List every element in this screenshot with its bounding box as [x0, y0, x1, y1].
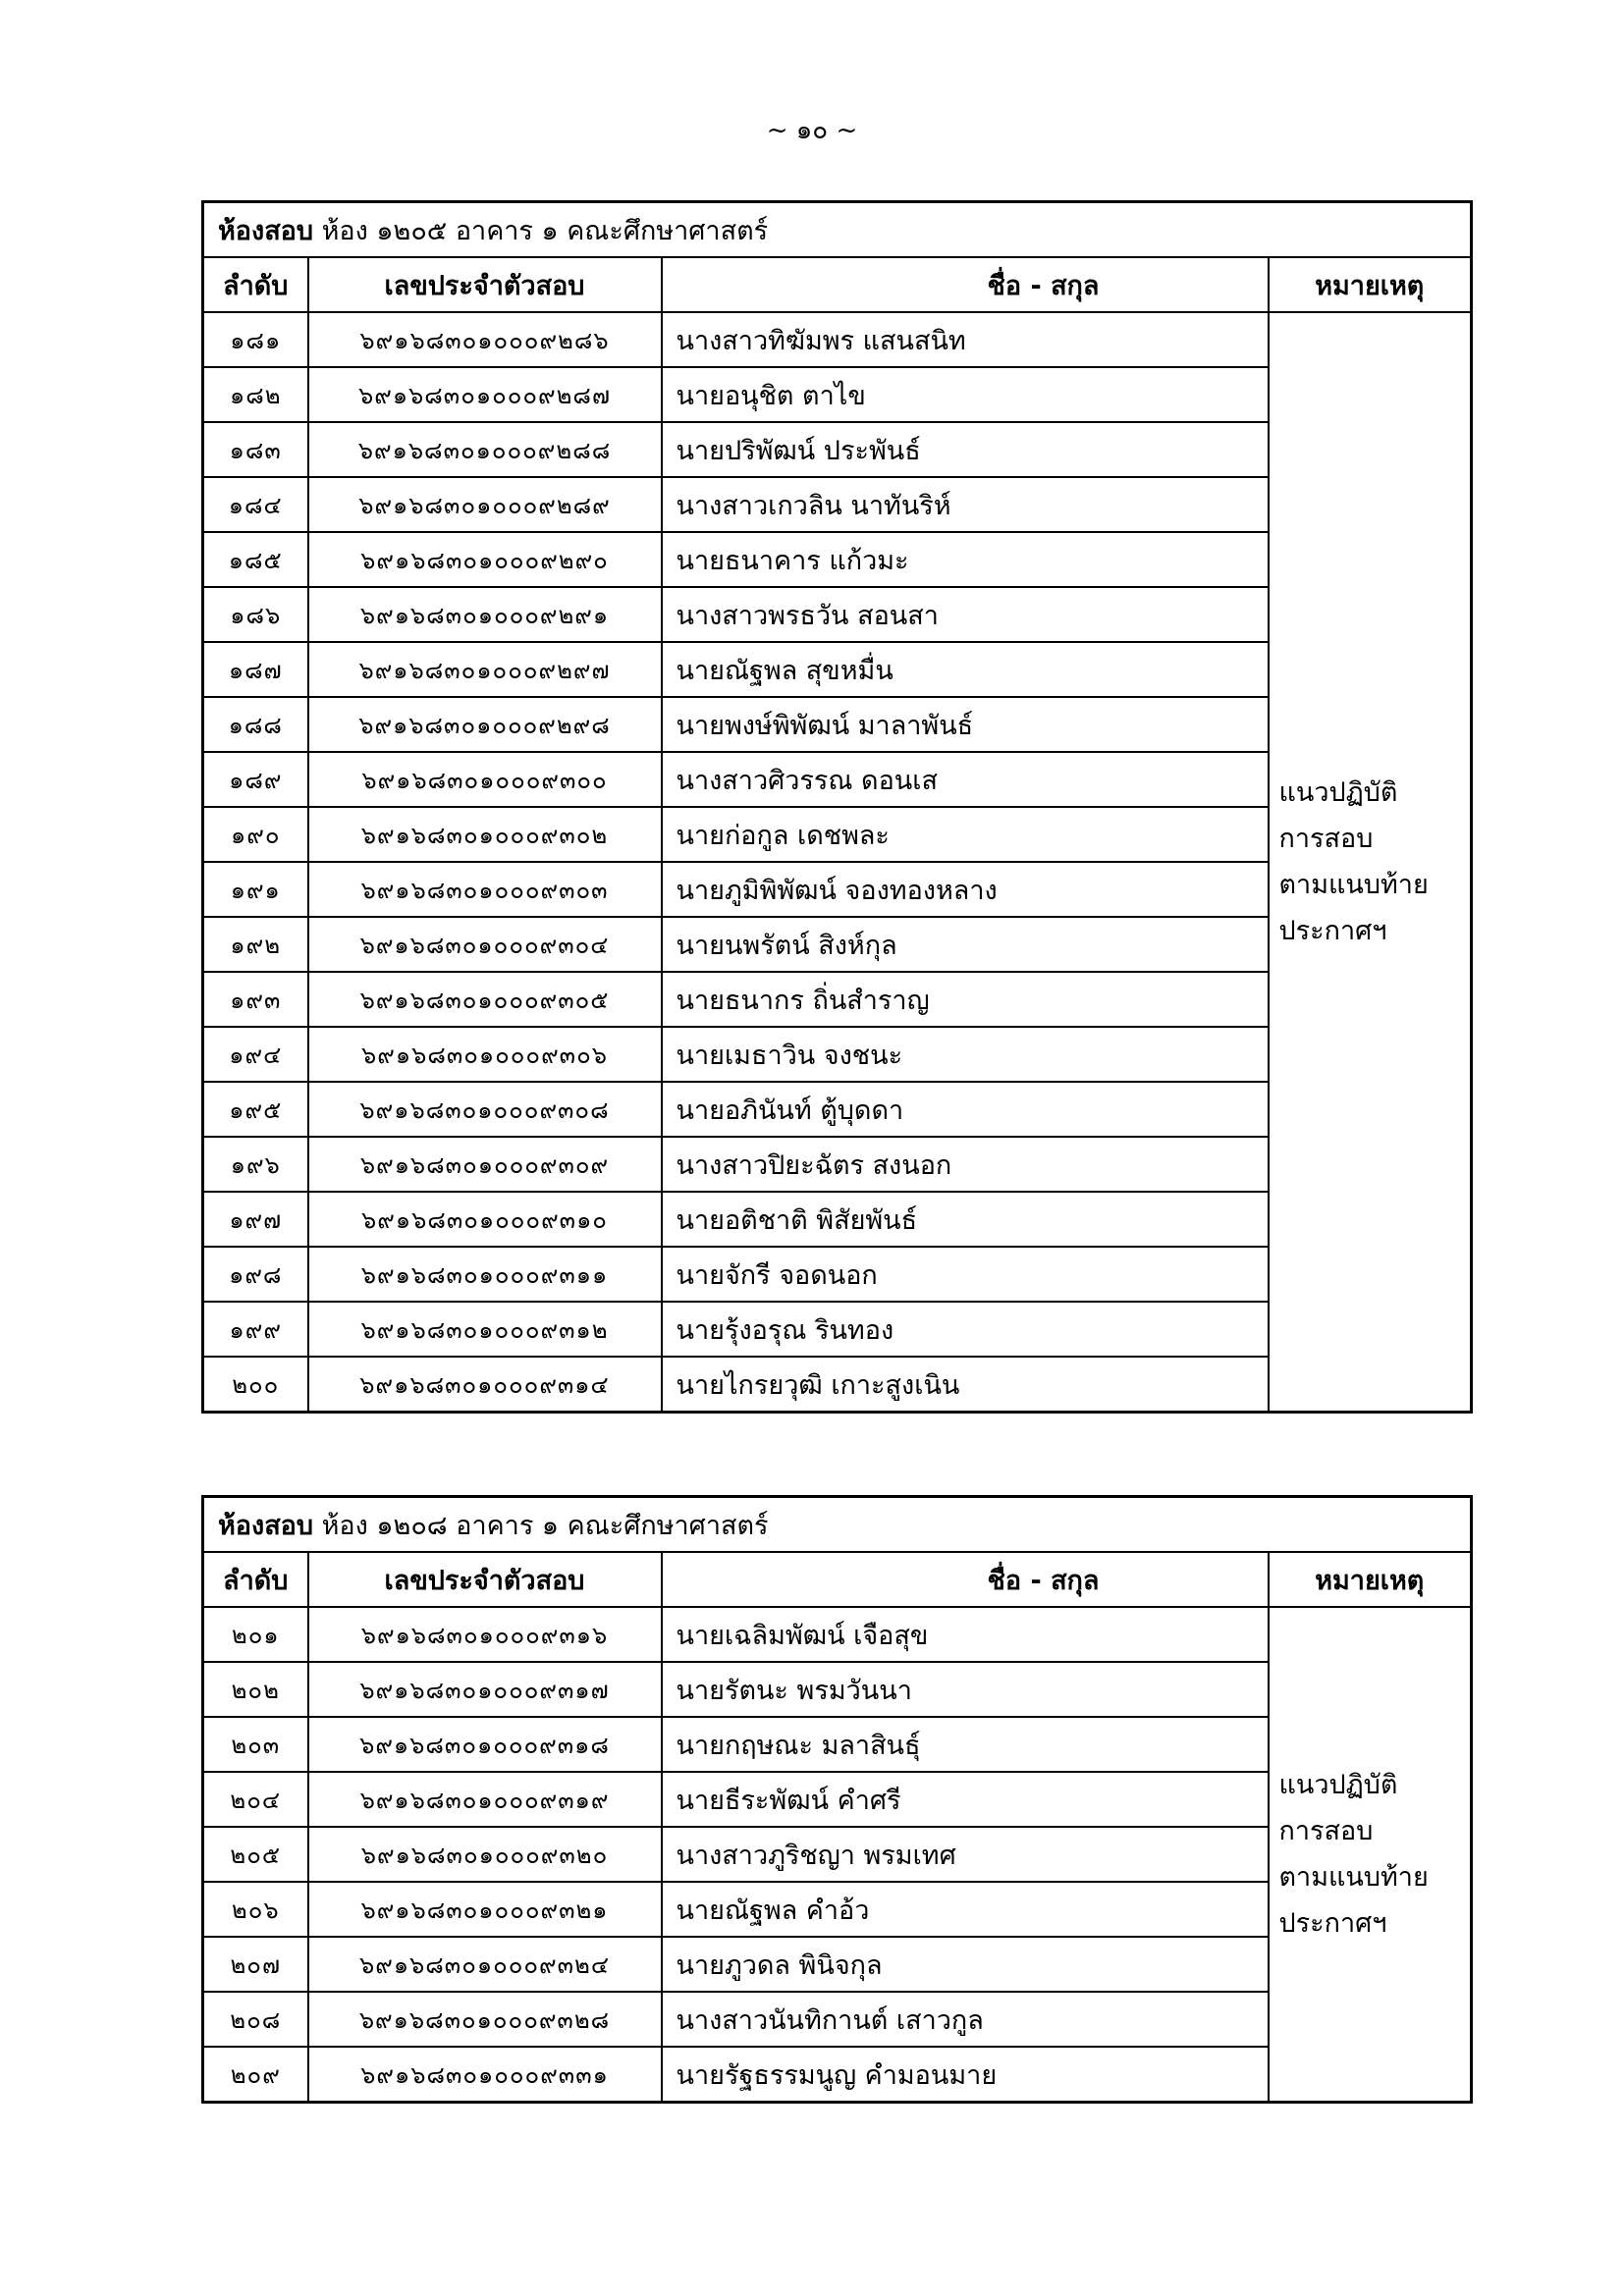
- exam-room-table-1208: ห้องสอบ ห้อง ๑๒๐๘ อาคาร ๑ คณะศึกษาศาสตร์…: [201, 1495, 1473, 2104]
- table-row: ๑๘๑๖๙๑๖๘๓๐๑๐๐๐๙๒๘๖นางสาวทิฆัมพร แสนสนิทแ…: [203, 312, 1472, 367]
- page-number: ~ ๑๐ ~: [0, 110, 1624, 150]
- exam-room-table-1205: ห้องสอบ ห้อง ๑๒๐๕ อาคาร ๑ คณะศึกษาศาสตร์…: [201, 200, 1473, 1414]
- header-remark: หมายเหตุ: [1269, 257, 1472, 312]
- row-name: นายรัตนะ พรมวันนา: [662, 1662, 1269, 1717]
- row-name: นายก่อกูล เดชพละ: [662, 807, 1269, 862]
- row-seq: ๑๙๓: [203, 972, 308, 1027]
- row-exam-id: ๖๙๑๖๘๓๐๑๐๐๐๙๓๑๔: [308, 1357, 662, 1413]
- row-exam-id: ๖๙๑๖๘๓๐๑๐๐๐๙๓๑๒: [308, 1302, 662, 1357]
- row-name: นายกฤษณะ มลาสินธุ์: [662, 1717, 1269, 1772]
- row-exam-id: ๖๙๑๖๘๓๐๑๐๐๐๙๓๐๖: [308, 1027, 662, 1082]
- row-name: นายไกรยวุฒิ เกาะสูงเนิน: [662, 1357, 1269, 1413]
- row-seq: ๑๙๔: [203, 1027, 308, 1082]
- row-exam-id: ๖๙๑๖๘๓๐๑๐๐๐๙๓๐๔: [308, 917, 662, 972]
- row-seq: ๑๘๓: [203, 422, 308, 477]
- row-exam-id: ๖๙๑๖๘๓๐๑๐๐๐๙๓๒๔: [308, 1937, 662, 1992]
- row-name: นางสาวเกวลิน นาทันริห์: [662, 477, 1269, 532]
- room-title-label: ห้องสอบ: [218, 216, 313, 246]
- row-exam-id: ๖๙๑๖๘๓๐๑๐๐๐๙๓๒๘: [308, 1992, 662, 2047]
- room-title-text: ห้อง ๑๒๐๘ อาคาร ๑ คณะศึกษาศาสตร์: [313, 1511, 768, 1541]
- row-name: นายนพรัตน์ สิงห์กุล: [662, 917, 1269, 972]
- row-name: นายอติชาติ พิสัยพันธ์: [662, 1192, 1269, 1247]
- remark-line: การสอบ: [1279, 816, 1461, 862]
- row-exam-id: ๖๙๑๖๘๓๐๑๐๐๐๙๒๙๑: [308, 587, 662, 642]
- row-seq: ๑๘๖: [203, 587, 308, 642]
- header-seq: ลำดับ: [203, 1552, 308, 1607]
- row-seq: ๑๙๕: [203, 1082, 308, 1137]
- row-name: นางสาวปิยะฉัตร สงนอก: [662, 1137, 1269, 1192]
- row-exam-id: ๖๙๑๖๘๓๐๑๐๐๐๙๓๑๗: [308, 1662, 662, 1717]
- row-exam-id: ๖๙๑๖๘๓๐๑๐๐๐๙๓๐๕: [308, 972, 662, 1027]
- header-remark: หมายเหตุ: [1269, 1552, 1472, 1607]
- row-seq: ๒๐๕: [203, 1827, 308, 1882]
- row-exam-id: ๖๙๑๖๘๓๐๑๐๐๐๙๒๙๗: [308, 642, 662, 697]
- row-name: นายเมธาวิน จงชนะ: [662, 1027, 1269, 1082]
- row-seq: ๑๙๒: [203, 917, 308, 972]
- row-seq: ๑๙๖: [203, 1137, 308, 1192]
- row-name: นางสาวภูริชญา พรมเทศ: [662, 1827, 1269, 1882]
- header-seq: ลำดับ: [203, 257, 308, 312]
- row-exam-id: ๖๙๑๖๘๓๐๑๐๐๐๙๓๐๐: [308, 752, 662, 807]
- row-seq: ๑๙๗: [203, 1192, 308, 1247]
- row-exam-id: ๖๙๑๖๘๓๐๑๐๐๐๙๓๑๑: [308, 1247, 662, 1302]
- row-seq: ๑๘๘: [203, 697, 308, 752]
- remark-line: ประกาศฯ: [1279, 1900, 1461, 1947]
- row-name: นางสาวพรธวัน สอนสา: [662, 587, 1269, 642]
- remark-cell: แนวปฏิบัติการสอบตามแนบท้ายประกาศฯ: [1269, 1607, 1472, 2103]
- row-name: นายรุ้งอรุณ รินทอง: [662, 1302, 1269, 1357]
- remark-line: ประกาศฯ: [1279, 908, 1461, 954]
- row-exam-id: ๖๙๑๖๘๓๐๑๐๐๐๙๓๓๑: [308, 2047, 662, 2103]
- row-seq: ๒๐๐: [203, 1357, 308, 1413]
- row-exam-id: ๖๙๑๖๘๓๐๑๐๐๐๙๒๙๘: [308, 697, 662, 752]
- row-seq: ๑๘๙: [203, 752, 308, 807]
- row-exam-id: ๖๙๑๖๘๓๐๑๐๐๐๙๓๐๒: [308, 807, 662, 862]
- row-seq: ๑๘๔: [203, 477, 308, 532]
- row-seq: ๑๙๙: [203, 1302, 308, 1357]
- row-seq: ๑๘๕: [203, 532, 308, 587]
- room-title-label: ห้องสอบ: [218, 1511, 313, 1541]
- row-exam-id: ๖๙๑๖๘๓๐๑๐๐๐๙๒๙๐: [308, 532, 662, 587]
- row-seq: ๑๙๑: [203, 862, 308, 917]
- row-name: นายภูวดล พินิจกุล: [662, 1937, 1269, 1992]
- row-name: นายพงษ์พิพัฒน์ มาลาพันธ์: [662, 697, 1269, 752]
- row-seq: ๑๘๗: [203, 642, 308, 697]
- row-seq: ๒๐๔: [203, 1772, 308, 1827]
- row-name: นางสาวศิวรรณ ดอนเส: [662, 752, 1269, 807]
- row-exam-id: ๖๙๑๖๘๓๐๑๐๐๐๙๓๐๘: [308, 1082, 662, 1137]
- row-exam-id: ๖๙๑๖๘๓๐๑๐๐๐๙๒๘๘: [308, 422, 662, 477]
- table-row: ๒๐๑๖๙๑๖๘๓๐๑๐๐๐๙๓๑๖นายเฉลิมพัฒน์ เจือสุขแ…: [203, 1607, 1472, 1662]
- row-exam-id: ๖๙๑๖๘๓๐๑๐๐๐๙๒๘๗: [308, 367, 662, 422]
- row-seq: ๑๘๑: [203, 312, 308, 367]
- row-seq: ๑๙๐: [203, 807, 308, 862]
- header-exam-id: เลขประจำตัวสอบ: [308, 257, 662, 312]
- row-name: นายอนุชิต ตาไข: [662, 367, 1269, 422]
- row-name: นายณัฐพล คำอ้ว: [662, 1882, 1269, 1937]
- row-exam-id: ๖๙๑๖๘๓๐๑๐๐๐๙๓๑๖: [308, 1607, 662, 1662]
- row-seq: ๒๐๖: [203, 1882, 308, 1937]
- row-seq: ๒๐๓: [203, 1717, 308, 1772]
- row-name: นายธีระพัฒน์ คำศรี: [662, 1772, 1269, 1827]
- row-seq: ๑๙๘: [203, 1247, 308, 1302]
- room-title-row: ห้องสอบ ห้อง ๑๒๐๘ อาคาร ๑ คณะศึกษาศาสตร์: [203, 1497, 1472, 1553]
- remark-cell: แนวปฏิบัติการสอบตามแนบท้ายประกาศฯ: [1269, 312, 1472, 1413]
- row-name: นายธนาคาร แก้วมะ: [662, 532, 1269, 587]
- room-title: ห้องสอบ ห้อง ๑๒๐๘ อาคาร ๑ คณะศึกษาศาสตร์: [203, 1497, 1472, 1553]
- row-exam-id: ๖๙๑๖๘๓๐๑๐๐๐๙๓๒๐: [308, 1827, 662, 1882]
- room-title: ห้องสอบ ห้อง ๑๒๐๕ อาคาร ๑ คณะศึกษาศาสตร์: [203, 202, 1472, 258]
- row-exam-id: ๖๙๑๖๘๓๐๑๐๐๐๙๓๑๙: [308, 1772, 662, 1827]
- header-row: ลำดับ เลขประจำตัวสอบ ชื่อ - สกุล หมายเหต…: [203, 257, 1472, 312]
- row-name: นายภูมิพิพัฒน์ จองทองหลาง: [662, 862, 1269, 917]
- row-name: นายณัฐพล สุขหมื่น: [662, 642, 1269, 697]
- row-name: นายรัฐธรรมนูญ คำมอนมาย: [662, 2047, 1269, 2103]
- row-name: นายธนากร ถิ่นสำราญ: [662, 972, 1269, 1027]
- row-exam-id: ๖๙๑๖๘๓๐๑๐๐๐๙๒๘๙: [308, 477, 662, 532]
- remark-line: ตามแนบท้าย: [1279, 1854, 1461, 1900]
- row-name: นายจักรี จอดนอก: [662, 1247, 1269, 1302]
- row-exam-id: ๖๙๑๖๘๓๐๑๐๐๐๙๓๒๑: [308, 1882, 662, 1937]
- room-title-row: ห้องสอบ ห้อง ๑๒๐๕ อาคาร ๑ คณะศึกษาศาสตร์: [203, 202, 1472, 258]
- header-name: ชื่อ - สกุล: [662, 1552, 1269, 1607]
- row-exam-id: ๖๙๑๖๘๓๐๑๐๐๐๙๒๘๖: [308, 312, 662, 367]
- header-row: ลำดับ เลขประจำตัวสอบ ชื่อ - สกุล หมายเหต…: [203, 1552, 1472, 1607]
- row-exam-id: ๖๙๑๖๘๓๐๑๐๐๐๙๓๑๘: [308, 1717, 662, 1772]
- row-seq: ๒๐๒: [203, 1662, 308, 1717]
- row-name: นายอภินันท์ ตู้บุดดา: [662, 1082, 1269, 1137]
- room-title-text: ห้อง ๑๒๐๕ อาคาร ๑ คณะศึกษาศาสตร์: [313, 216, 768, 246]
- row-name: นางสาวทิฆัมพร แสนสนิท: [662, 312, 1269, 367]
- row-seq: ๒๐๑: [203, 1607, 308, 1662]
- row-seq: ๑๘๒: [203, 367, 308, 422]
- row-exam-id: ๖๙๑๖๘๓๐๑๐๐๐๙๓๐๓: [308, 862, 662, 917]
- remark-line: แนวปฏิบัติ: [1279, 1762, 1461, 1808]
- remark-line: ตามแนบท้าย: [1279, 862, 1461, 908]
- row-name: นายเฉลิมพัฒน์ เจือสุข: [662, 1607, 1269, 1662]
- row-exam-id: ๖๙๑๖๘๓๐๑๐๐๐๙๓๐๙: [308, 1137, 662, 1192]
- header-exam-id: เลขประจำตัวสอบ: [308, 1552, 662, 1607]
- row-name: นายปริพัฒน์ ประพันธ์: [662, 422, 1269, 477]
- row-seq: ๒๐๙: [203, 2047, 308, 2103]
- row-seq: ๒๐๘: [203, 1992, 308, 2047]
- row-seq: ๒๐๗: [203, 1937, 308, 1992]
- remark-line: การสอบ: [1279, 1808, 1461, 1854]
- row-name: นางสาวนันทิกานต์ เสาวกูล: [662, 1992, 1269, 2047]
- header-name: ชื่อ - สกุล: [662, 257, 1269, 312]
- remark-line: แนวปฏิบัติ: [1279, 770, 1461, 816]
- row-exam-id: ๖๙๑๖๘๓๐๑๐๐๐๙๓๑๐: [308, 1192, 662, 1247]
